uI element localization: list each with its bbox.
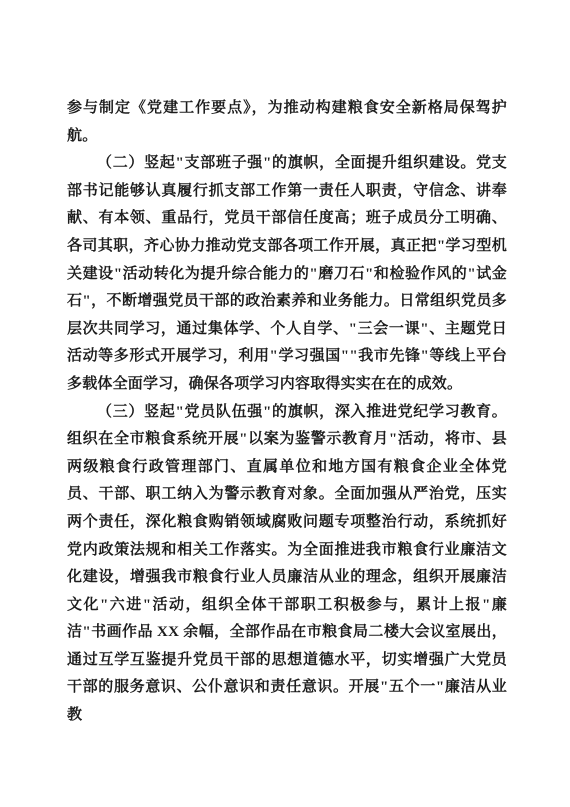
paragraph-section-three: （三）竖起"党员队伍强"的旗帜，深入推进党纪学习教育。组织在全市粮食系统开展"以… <box>67 399 507 730</box>
paragraph-continuation: 参与制定《党建工作要点》，为推动构建粮食安全新格局保驾护航。 <box>67 95 507 150</box>
document-page: 参与制定《党建工作要点》，为推动构建粮食安全新格局保驾护航。 （二）竖起"支部班… <box>0 0 570 807</box>
document-text-block: 参与制定《党建工作要点》，为推动构建粮食安全新格局保驾护航。 （二）竖起"支部班… <box>67 95 507 730</box>
paragraph-section-two: （二）竖起"支部班子强"的旗帜，全面提升组织建设。党支部书记能够认真履行抓支部工… <box>67 150 507 398</box>
